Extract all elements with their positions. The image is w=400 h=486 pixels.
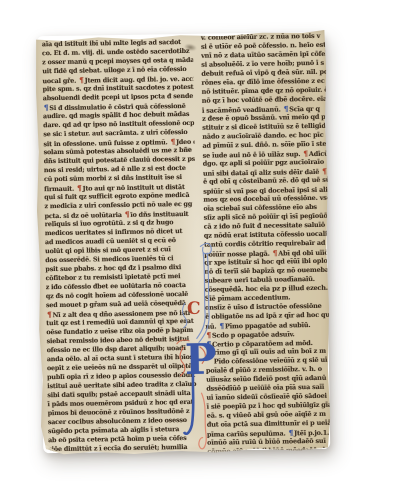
paraph-mark-red: ¶: [170, 137, 175, 146]
paraph-mark-red: ¶: [322, 167, 327, 176]
parchment-surface: aīa qd istituit ibī ubi mlte legis ad sa…: [34, 29, 334, 457]
paraph-mark-blue: ¶: [288, 428, 293, 437]
text-column-left: aīa qd istituit ibī ubi mlte legis ad sa…: [42, 38, 199, 454]
paraph-mark-red: ¶: [77, 184, 82, 193]
text-column-right: v. cōfiteōr aīeīūr zc. z nūa no tois vsi…: [201, 32, 334, 457]
paraph-mark-red: ¶: [47, 310, 52, 319]
paraph-mark-red: ¶: [125, 210, 130, 219]
paraph-mark-red: ¶: [273, 249, 278, 258]
blue-initial-p: P: [185, 338, 217, 380]
paraph-mark-blue: ¶: [44, 103, 49, 112]
paraph-mark-blue: ¶: [284, 104, 289, 113]
manuscript-leaf: aīa qd istituit ibī ubi mlte legis ad sa…: [34, 29, 334, 457]
red-initial-c: C: [187, 301, 201, 318]
paraph-mark-blue: ¶: [219, 321, 224, 330]
paraph-mark-red: ¶: [79, 76, 84, 85]
paraph-mark-red: ¶: [303, 149, 308, 158]
photo-canvas: aīa qd istituit ibī ubi mlte legis ad sa…: [0, 0, 400, 486]
